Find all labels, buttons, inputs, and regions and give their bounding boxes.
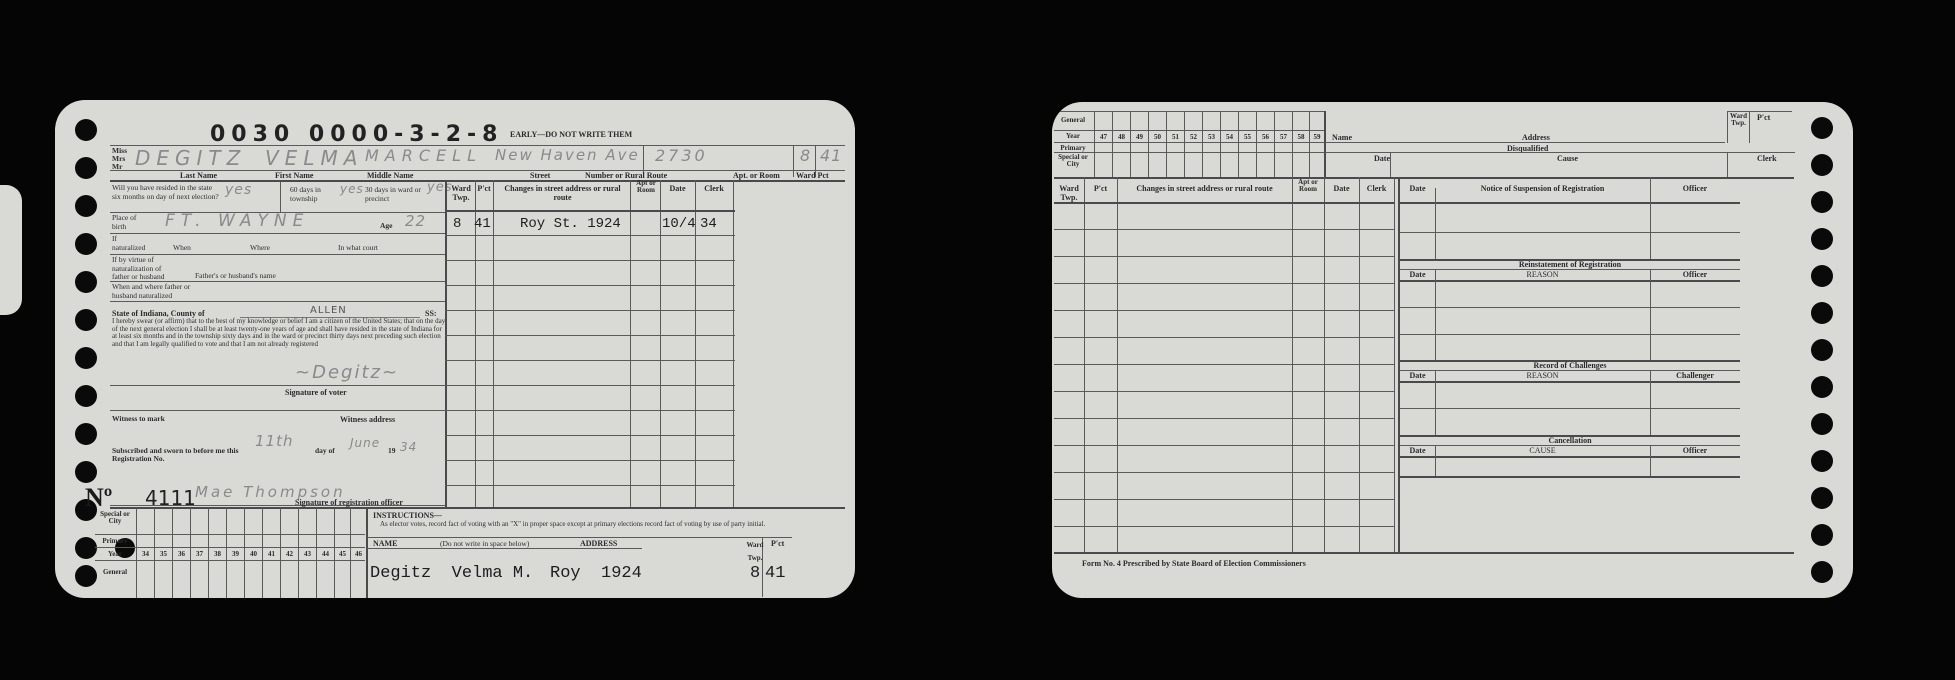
- change-address-value: Roy St. 1924: [520, 216, 621, 232]
- reinstatement-header-officer: Officer: [1650, 270, 1740, 279]
- punch-hole: [75, 233, 97, 255]
- form-footer: Form No. 4 Prescribed by State Board of …: [1082, 559, 1306, 568]
- date-label: Date: [1374, 154, 1390, 163]
- grid-year-58: 58: [1293, 133, 1309, 141]
- punch-hole: [1811, 413, 1833, 435]
- county-value: ALLEN: [310, 307, 347, 316]
- changes-header-pct: P'ct: [1084, 184, 1117, 193]
- grid-label-special-city: Special or City: [95, 511, 135, 525]
- cause-label: Cause: [1557, 154, 1578, 163]
- cancellation-header-date: Date: [1400, 446, 1435, 455]
- punch-hole: [1811, 117, 1833, 139]
- grid-year-39: 39: [227, 550, 244, 558]
- number-value: 2730: [655, 146, 708, 165]
- punch-hole: [75, 461, 97, 483]
- cancellation-title: Cancellation: [1400, 436, 1740, 445]
- changes-header-pct: P'ct: [475, 184, 493, 193]
- witness-to-mark-label: Witness to mark: [112, 415, 165, 424]
- punch-hole: [1811, 154, 1833, 176]
- punch-hole: [1811, 450, 1833, 472]
- reinstatement-title: Reinstatement of Registration: [1400, 260, 1740, 269]
- adjacent-card-edge: [0, 185, 22, 315]
- challenges-header-reason: REASON: [1435, 371, 1650, 380]
- grid-label-year: Year: [1054, 132, 1092, 141]
- name-label: Name: [1332, 133, 1352, 142]
- punch-hole: [75, 385, 97, 407]
- suspension-header-date: Date: [1400, 184, 1435, 193]
- grid-year-45: 45: [335, 550, 350, 558]
- middle-name-label: Middle Name: [367, 171, 413, 180]
- punch-hole: [1811, 487, 1833, 509]
- punch-hole: [75, 537, 97, 559]
- grid-year-51: 51: [1167, 133, 1184, 141]
- grid-year-50: 50: [1149, 133, 1166, 141]
- grid-year-42: 42: [281, 550, 298, 558]
- grid-label-special-city: Special or City: [1054, 154, 1092, 168]
- clerk-label: Clerk: [1757, 154, 1777, 163]
- voter-registration-card-front: 0030 0000-3-2-8 EARLY—DO NOT WRITE THEM …: [55, 100, 855, 598]
- punch-hole: [1811, 339, 1833, 361]
- grid-year-49: 49: [1131, 133, 1148, 141]
- changes-header-apt: Apt or Room: [1292, 179, 1324, 193]
- typed-ward: 8: [750, 564, 760, 583]
- challenges-title: Record of Challenges: [1400, 361, 1740, 370]
- change-clerk-value: 34: [700, 216, 717, 232]
- serial-number: 0030 0000-3-2-8: [210, 122, 503, 147]
- punch-hole: [1811, 191, 1833, 213]
- subscribed-month-value: June: [350, 436, 380, 450]
- grid-year-46: 46: [351, 550, 366, 558]
- changes-header-clerk: Clerk: [1359, 184, 1394, 193]
- changes-header-ward: Ward Twp.: [1054, 184, 1084, 202]
- changes-header-apt: Apt or Room: [631, 180, 661, 194]
- grid-year-40: 40: [245, 550, 262, 558]
- place-of-birth-label: Place of birth: [112, 214, 147, 231]
- when-where-label: When and where father or husband natural…: [112, 283, 197, 300]
- day-of-label: day of: [315, 447, 335, 456]
- witness-address-label: Witness address: [340, 415, 395, 424]
- ward-pct-label: Ward Pct: [796, 171, 829, 180]
- subscribed-day-value: 11th: [255, 432, 293, 450]
- voter-signature: ~Degitz~: [295, 362, 399, 383]
- pct-label: P'ct: [1757, 113, 1770, 122]
- registration-officer-label: Signature of registration officer: [295, 498, 403, 507]
- grid-year-38: 38: [209, 550, 226, 558]
- grid-year-47: 47: [1095, 133, 1112, 141]
- where-label: Where: [250, 244, 270, 253]
- typed-name: Degitz Velma M.: [370, 564, 533, 583]
- court-label: In what court: [338, 244, 378, 253]
- punch-hole: [75, 565, 97, 587]
- top-instruction: EARLY—DO NOT WRITE THEM: [510, 130, 632, 139]
- ward-twp-label: Ward Twp.: [1728, 113, 1749, 127]
- punch-hole: [1811, 228, 1833, 250]
- grid-year-44: 44: [317, 550, 334, 558]
- ward-days-label: 30 days in ward or precinct: [365, 186, 425, 203]
- grid-year-41: 41: [263, 550, 280, 558]
- punch-hole: [1811, 376, 1833, 398]
- instructions-text: As elector votes, record fact of voting …: [380, 520, 790, 528]
- street-value: New Haven Ave: [495, 146, 640, 164]
- suspension-header-officer: Officer: [1650, 184, 1740, 193]
- punch-hole: [1811, 561, 1833, 583]
- age-value: 22: [405, 212, 426, 230]
- middle-name-value: MARCELL: [365, 146, 482, 165]
- changes-header-date: Date: [660, 184, 695, 193]
- no-symbol: Nº: [85, 483, 112, 513]
- residency-question: Will you have resided in the state six m…: [112, 184, 222, 201]
- voter-registration-card-back: General Year Primary Special or City 47 …: [1052, 102, 1853, 598]
- father-husband-name-label: Father's or husband's name: [195, 272, 276, 281]
- changes-header-clerk: Clerk: [695, 184, 733, 193]
- typed-address: Roy 1924: [550, 564, 642, 583]
- punch-hole: [1811, 302, 1833, 324]
- place-of-birth-value: FT. WAYNE: [165, 211, 309, 231]
- grid-year-52: 52: [1185, 133, 1202, 141]
- naturalized-label: If naturalized: [112, 235, 152, 252]
- cancellation-header-officer: Officer: [1650, 446, 1740, 455]
- instructions-ward-label: Ward Twp.: [745, 539, 765, 565]
- suspension-header-notice: Notice of Suspension of Registration: [1435, 184, 1650, 193]
- reinstatement-header-reason: REASON: [1435, 270, 1650, 279]
- virtue-label: If by virtue of naturalization of father…: [112, 256, 172, 282]
- grid-label-general: General: [1054, 116, 1092, 125]
- grid-label-primary: Primary: [95, 537, 135, 546]
- punch-hole: [75, 423, 97, 445]
- changes-header-address: Changes in street address or rural route: [1117, 184, 1292, 193]
- reinstatement-header-date: Date: [1400, 270, 1435, 279]
- last-name-value: DEGITZ: [135, 146, 246, 170]
- change-ward-value: 8: [453, 216, 461, 232]
- challenges-header-date: Date: [1400, 371, 1435, 380]
- change-date-value: 10/4: [662, 216, 696, 232]
- first-name-label: First Name: [275, 171, 313, 180]
- instructions-address-label: ADDRESS: [580, 539, 617, 548]
- township-answer: yes: [340, 182, 364, 196]
- changes-header-date: Date: [1324, 184, 1359, 193]
- changes-header-address: Changes in street address or rural route: [495, 184, 630, 202]
- first-name-value: VELMA: [265, 146, 363, 170]
- grid-year-53: 53: [1203, 133, 1220, 141]
- challenges-header-challenger: Challenger: [1650, 371, 1740, 380]
- punch-hole: [75, 271, 97, 293]
- address-label: Address: [1522, 133, 1550, 142]
- year-prefix-label: 19: [388, 447, 396, 456]
- grid-year-34: 34: [137, 550, 154, 558]
- township-label: 60 days in township: [290, 186, 335, 203]
- registration-no-label: Registration No.: [112, 455, 165, 464]
- grid-year-36: 36: [173, 550, 190, 558]
- change-pct-value: 41: [474, 216, 491, 232]
- oath-text: I hereby swear (or affirm) that to the b…: [112, 318, 447, 348]
- punch-hole: [75, 195, 97, 217]
- grid-label-general: General: [95, 568, 135, 577]
- grid-year-43: 43: [299, 550, 316, 558]
- apt-room-label: Apt. or Room: [733, 171, 780, 180]
- grid-year-48: 48: [1113, 133, 1130, 141]
- cancellation-header-cause: CAUSE: [1435, 446, 1650, 455]
- typed-pct: 41: [765, 564, 785, 583]
- street-label: Street: [530, 171, 550, 180]
- instructions-title: INSTRUCTIONS—: [373, 511, 442, 520]
- grid-year-57: 57: [1275, 133, 1292, 141]
- punch-hole: [75, 157, 97, 179]
- subscribed-year-value: 34: [400, 440, 417, 454]
- ward-value: 8: [800, 146, 816, 165]
- grid-label-year: Year: [95, 550, 135, 559]
- punch-hole: [75, 347, 97, 369]
- punch-hole: [1811, 524, 1833, 546]
- when-label: When: [173, 244, 191, 253]
- last-name-label: Last Name: [180, 171, 217, 180]
- residency-answer: yes: [225, 182, 252, 198]
- grid-year-59: 59: [1310, 133, 1324, 141]
- grid-year-54: 54: [1221, 133, 1238, 141]
- punch-hole: [75, 119, 97, 141]
- pct-value: 41: [820, 146, 842, 165]
- grid-year-55: 55: [1239, 133, 1256, 141]
- age-label: Age: [380, 222, 393, 231]
- instructions-name-label: NAME: [373, 539, 397, 548]
- changes-header-ward: Ward Twp.: [447, 184, 475, 202]
- voter-signature-label: Signature of voter: [285, 388, 347, 397]
- grid-year-35: 35: [155, 550, 172, 558]
- grid-year-37: 37: [191, 550, 208, 558]
- punch-hole: [75, 309, 97, 331]
- grid-year-56: 56: [1257, 133, 1274, 141]
- instructions-pct-label: P'ct: [771, 539, 784, 548]
- punch-hole: [1811, 265, 1833, 287]
